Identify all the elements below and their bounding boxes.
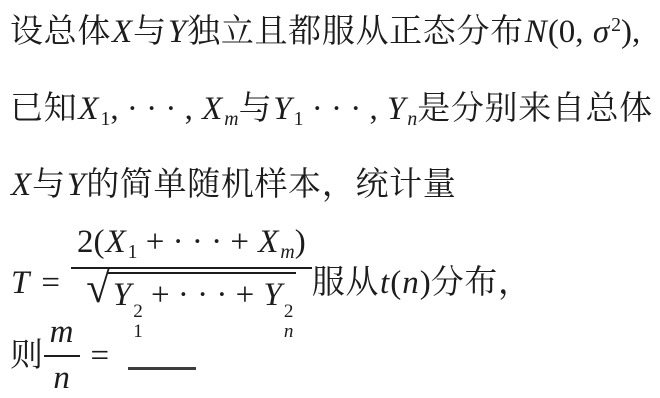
num-var-Xm: X (257, 224, 279, 260)
text-fenbu: 分布， (431, 261, 532, 306)
problem-line-1: 设总体X与Y独立且都服从正态分布N(0, σ2), (10, 10, 640, 55)
var-Y-3: Y (66, 167, 86, 203)
var-X1: X (77, 91, 99, 127)
text-she-zongti: 设总体 (10, 14, 111, 50)
den-subscript-n: n (284, 322, 294, 342)
text-yizhi: 已知 (10, 91, 77, 127)
num-subscript-1: 1 (128, 241, 138, 263)
fraction-numerator: 2(X1 + · · · + Xm) (71, 224, 312, 267)
paren-zero-comma: (0, (548, 14, 592, 50)
text-fucong: 服从 (312, 261, 379, 306)
var-X: X (111, 14, 133, 50)
num-plus-ellipsis: + · · · + (138, 224, 258, 260)
text-yu: 与 (133, 14, 167, 50)
math-problem-page: 设总体X与Y独立且都服从正态分布N(0, σ2), 已知X1, · · · , … (0, 0, 660, 398)
text-samples-from: 是分别来自总体 (417, 91, 653, 127)
m-over-n-fraction: m n (44, 314, 80, 398)
num-var-X1: X (104, 224, 126, 260)
problem-line-2: 已知X1, · · · , Xm与Y1 · · · , Yn是分别来自总体 (10, 87, 653, 133)
text-ze: 则 (10, 334, 44, 379)
Yn-squared-scripts: 2n (284, 302, 294, 342)
t-close-paren: ) (420, 261, 431, 306)
mn-numerator-m: m (44, 314, 80, 355)
radical-sign-icon: √ (86, 268, 110, 311)
answer-blank (128, 367, 196, 370)
numerator-coefficient: 2( (77, 224, 105, 260)
num-subscript-m: m (280, 241, 294, 263)
t-open-paren: ( (390, 261, 401, 306)
var-T: T (10, 261, 30, 306)
var-X-3: X (10, 167, 32, 203)
subscript-m: m (224, 108, 238, 130)
text-distribution-desc: 独立且都服从正态分布 (187, 14, 524, 50)
var-Y: Y (167, 14, 187, 50)
num-close-paren: ) (295, 224, 306, 260)
var-Y1: Y (272, 91, 292, 127)
ellipsis-comma: , · · · , (110, 91, 201, 127)
var-Yn: Y (386, 91, 406, 127)
den-var-Y1: Y (112, 277, 132, 313)
question-line: 则 m n = (10, 314, 196, 398)
text-simple-random-sample: 的简单随机样本，统计量 (86, 167, 456, 203)
subscript-y1: 1 (294, 108, 304, 130)
text-yu-2: 与 (239, 91, 273, 127)
equals-sign-2: = (91, 334, 110, 379)
problem-line-3: X与Y的简单随机样本，统计量 (10, 163, 456, 208)
mn-denominator-n: n (47, 357, 76, 398)
var-t: t (379, 261, 390, 306)
subscript-1: 1 (101, 108, 111, 130)
equals-sign: = (41, 261, 60, 306)
subscript-n: n (407, 108, 417, 130)
den-exponent-2b: 2 (284, 302, 294, 322)
close-paren-comma: ), (621, 14, 640, 50)
ellipsis-comma-2: · · · , (304, 91, 386, 127)
var-sigma: σ (592, 14, 610, 50)
den-var-Yn: Y (262, 277, 282, 313)
den-plus-ellipsis: + · · · + (143, 277, 263, 313)
text-yu-3: 与 (32, 167, 66, 203)
sigma-squared-exponent: 2 (611, 14, 621, 36)
var-Xm: X (201, 91, 223, 127)
var-N: N (524, 14, 548, 50)
var-n: n (401, 261, 420, 306)
